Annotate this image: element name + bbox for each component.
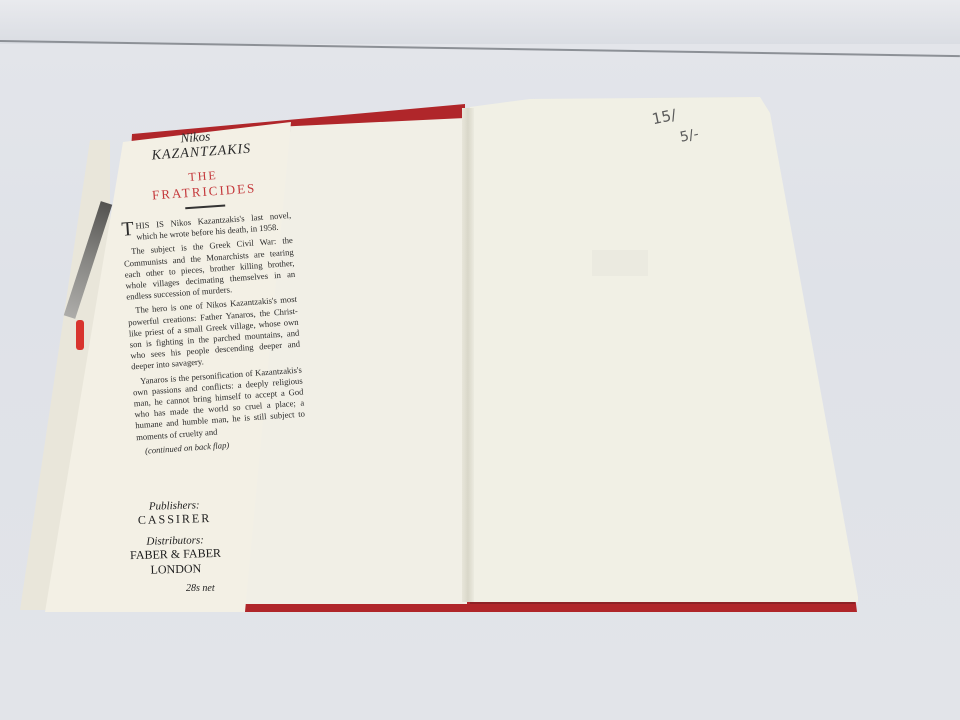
blurb-p3: The hero is one of Nikos Kazantzakis's m… (127, 294, 301, 373)
blurb: THIS IS Nikos Kazantzakis's last novel, … (121, 210, 307, 457)
faint-offset-mark (592, 250, 648, 276)
flap-text: Nikos KAZANTZAKIS THE FRATRICIDES THIS I… (115, 123, 307, 460)
blurb-p4: Yanaros is the personification of Kazant… (132, 364, 306, 443)
price: 28s net (186, 583, 215, 594)
publisher-block: Publishers: CASSIRER Distributors: FABER… (99, 490, 251, 579)
blurb-p2: The subject is the Greek Civil War: the … (123, 235, 296, 303)
publisher-name: CASSIRER (99, 510, 249, 529)
right-endpaper (470, 97, 858, 602)
jacket-red-lettering (76, 320, 84, 350)
book-gutter (462, 108, 474, 602)
divider-rule (185, 204, 225, 209)
background-wall (0, 0, 960, 44)
drop-cap: T (121, 221, 134, 238)
